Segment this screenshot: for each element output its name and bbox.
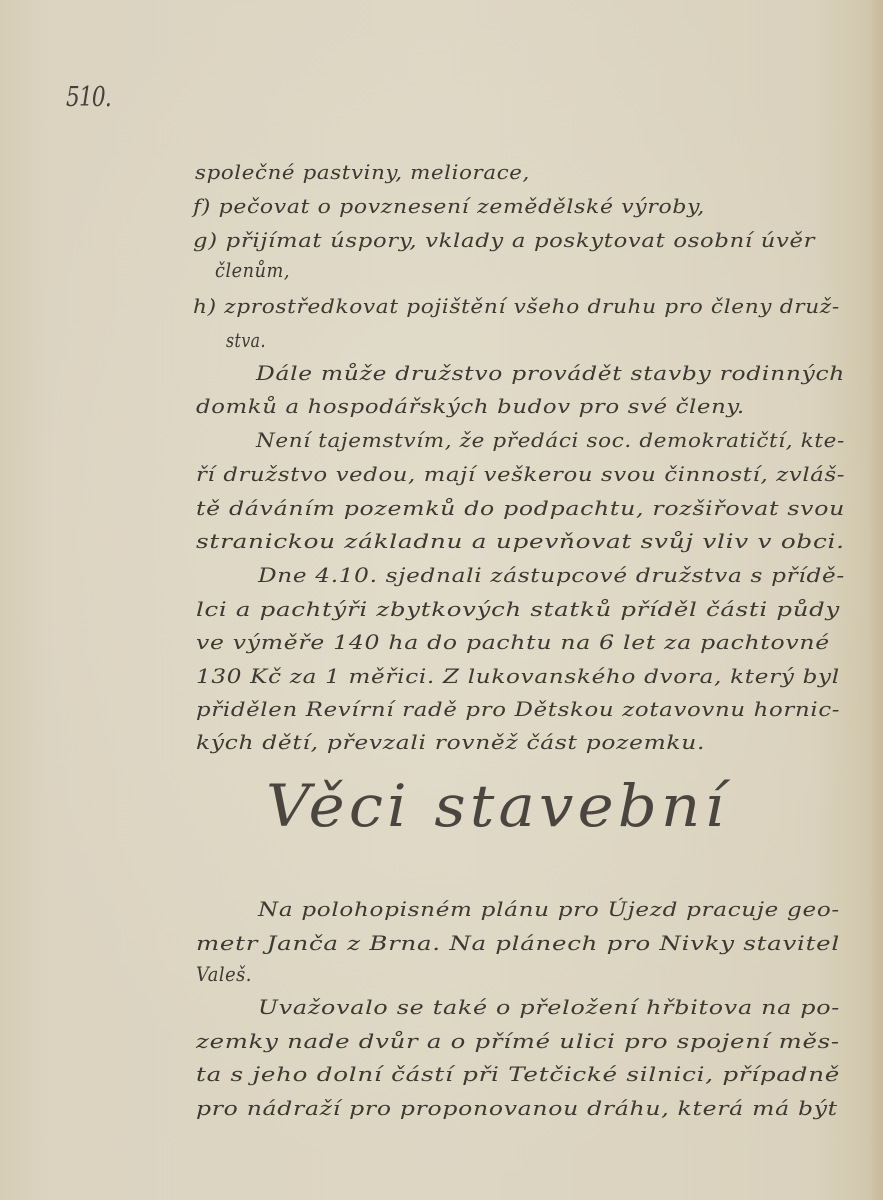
text-line: ří družstvo vedou, mají veškerou svou či… [196, 462, 845, 486]
text-line: metr Janča z Brna. Na plánech pro Nivky … [196, 931, 840, 955]
text-line: zemky nade dvůr a o přímé ulici pro spoj… [196, 1029, 840, 1053]
text-line: Dne 4.10. sjednali zástupcové družstva s… [258, 563, 845, 587]
text-line: pro nádraží pro proponovanou dráhu, kter… [196, 1096, 838, 1120]
text-line: přidělen Revírní radě pro Dětskou zotavo… [196, 697, 840, 721]
text-line: kých dětí, převzali rovněž část pozemku. [196, 730, 705, 754]
manuscript-page: 510. společné pastviny, meliorace,f) peč… [0, 0, 883, 1200]
text-line: 130 Kč za 1 měřici. Z lukovanského dvora… [196, 664, 840, 688]
text-line: domků a hospodářských budov pro své člen… [196, 394, 745, 418]
text-line: f) pečovat o povznesení zemědělské výrob… [193, 194, 705, 218]
text-line: Není tajemstvím, že předáci soc. demokra… [256, 428, 845, 452]
text-line: ve výměře 140 ha do pachtu na 6 let za p… [196, 630, 830, 654]
text-line: Dále může družstvo provádět stavby rodin… [256, 361, 845, 385]
text-line: Na polohopisném plánu pro Újezd pracuje … [258, 897, 840, 921]
section-heading: Věci stavební [266, 772, 728, 840]
text-line: Valeš. [196, 962, 252, 986]
text-line: tě dáváním pozemků do podpachtu, rozšiřo… [196, 496, 845, 520]
text-line: členům, [215, 258, 290, 282]
page-number: 510. [66, 82, 111, 113]
text-line: stranickou základnu a upevňovat svůj vli… [196, 529, 845, 553]
text-line: ta s jeho dolní částí při Tetčické silni… [196, 1062, 840, 1086]
text-line: lci a pachtýři zbytkových statků příděl … [196, 597, 840, 621]
text-line: Uvažovalo se také o přeložení hřbitova n… [258, 995, 840, 1019]
text-line: h) zprostředkovat pojištění všeho druhu … [193, 294, 840, 318]
text-line: stva. [226, 328, 266, 352]
text-line: společné pastviny, meliorace, [195, 160, 530, 184]
text-line: g) přijímat úspory, vklady a poskytovat … [193, 228, 815, 252]
